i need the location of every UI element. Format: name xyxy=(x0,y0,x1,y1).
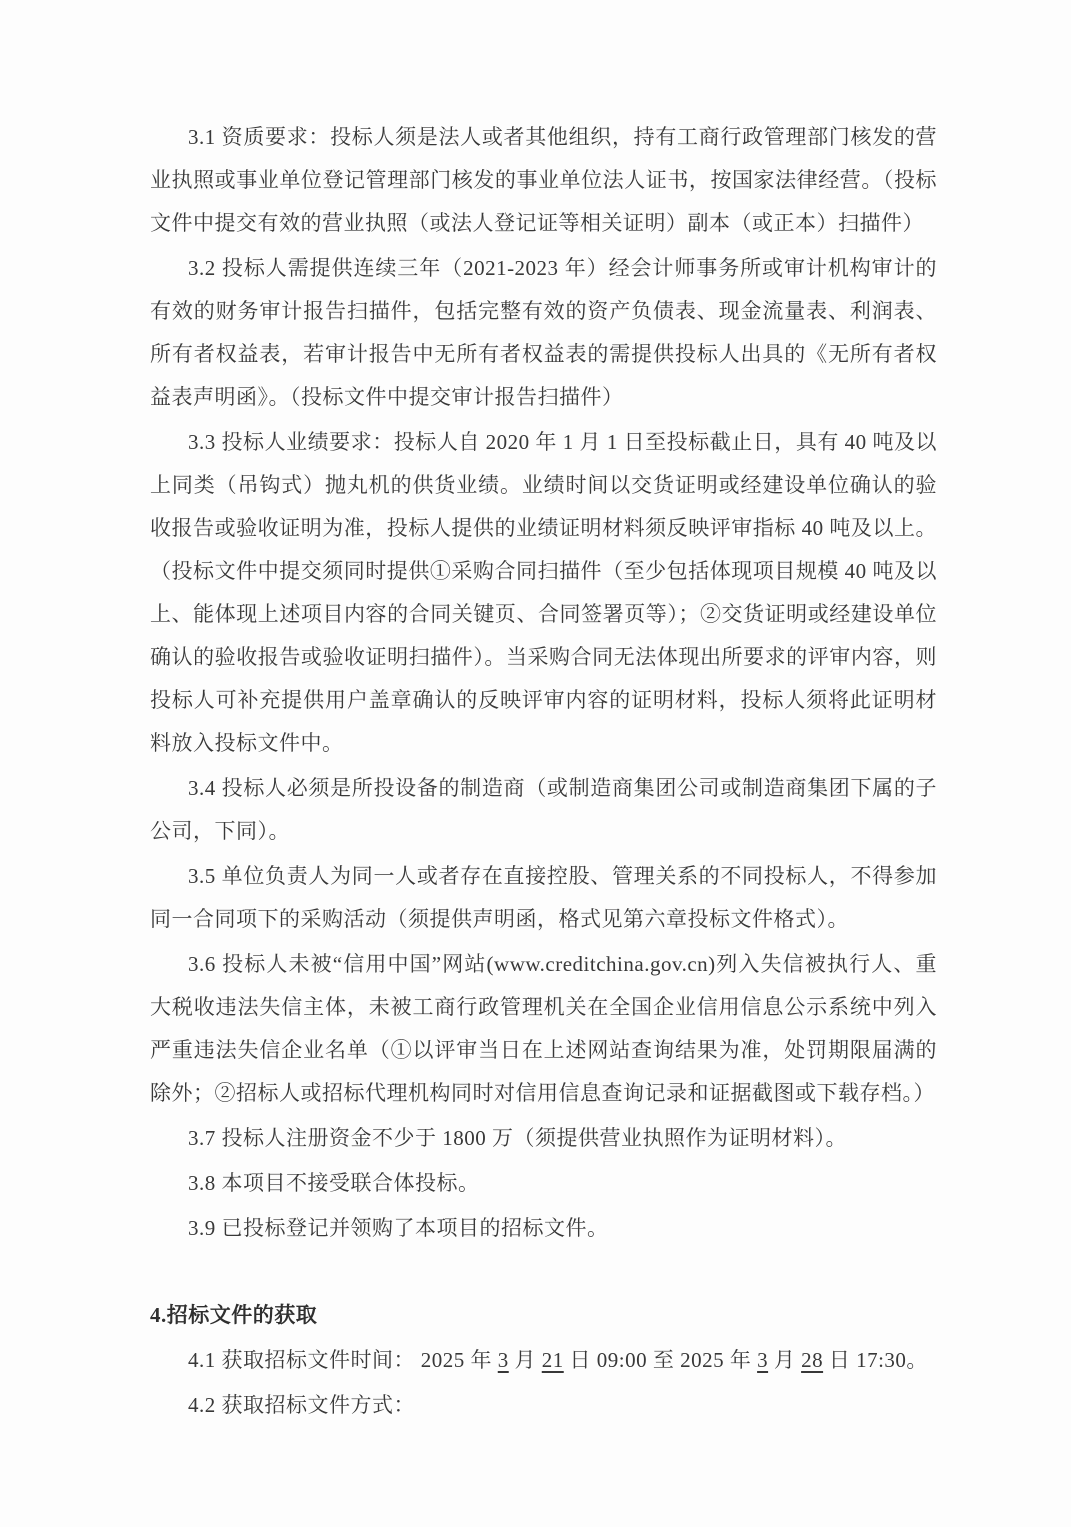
document-page: 3.1 资质要求：投标人须是法人或者其他组织，持有工商行政管理部门核发的营业执照… xyxy=(0,0,1071,1527)
paragraph-3-9: 3.9 已投标登记并领购了本项目的招标文件。 xyxy=(150,1207,937,1250)
paragraph-3-4: 3.4 投标人必须是所投设备的制造商（或制造商集团公司或制造商集团下属的子公司，… xyxy=(150,767,937,853)
underlined-day-2: 28 xyxy=(801,1348,823,1372)
paragraph-3-1: 3.1 资质要求：投标人须是法人或者其他组织，持有工商行政管理部门核发的营业执照… xyxy=(150,116,937,245)
paragraph-3-5: 3.5 单位负责人为同一人或者存在直接控股、管理关系的不同投标人，不得参加同一合… xyxy=(150,855,937,941)
text-segment: 日 17:30。 xyxy=(823,1348,928,1372)
text-segment: 月 xyxy=(768,1348,801,1372)
text-segment: 4.1 获取招标文件时间： 2025 年 xyxy=(188,1348,498,1372)
underlined-month-2: 3 xyxy=(757,1348,768,1372)
section-4-heading: 4.招标文件的获取 xyxy=(150,1294,937,1337)
underlined-day-1: 21 xyxy=(542,1348,564,1372)
paragraph-3-3: 3.3 投标人业绩要求：投标人自 2020 年 1 月 1 日至投标截止日，具有… xyxy=(150,421,937,765)
paragraph-4-2: 4.2 获取招标文件方式： xyxy=(150,1384,937,1427)
text-segment: 日 09:00 至 2025 年 xyxy=(564,1348,757,1372)
text-segment: 月 xyxy=(509,1348,542,1372)
paragraph-3-6: 3.6 投标人未被“信用中国”网站(www.creditchina.gov.cn… xyxy=(150,943,937,1115)
paragraph-3-8: 3.8 本项目不接受联合体投标。 xyxy=(150,1162,937,1205)
underlined-month-1: 3 xyxy=(498,1348,509,1372)
paragraph-4-1: 4.1 获取招标文件时间： 2025 年 3 月 21 日 09:00 至 20… xyxy=(150,1339,937,1382)
paragraph-3-7: 3.7 投标人注册资金不少于 1800 万（须提供营业执照作为证明材料）。 xyxy=(150,1117,937,1160)
document-content: 3.1 资质要求：投标人须是法人或者其他组织，持有工商行政管理部门核发的营业执照… xyxy=(150,116,937,1429)
paragraph-3-2: 3.2 投标人需提供连续三年（2021-2023 年）经会计师事务所或审计机构审… xyxy=(150,247,937,419)
